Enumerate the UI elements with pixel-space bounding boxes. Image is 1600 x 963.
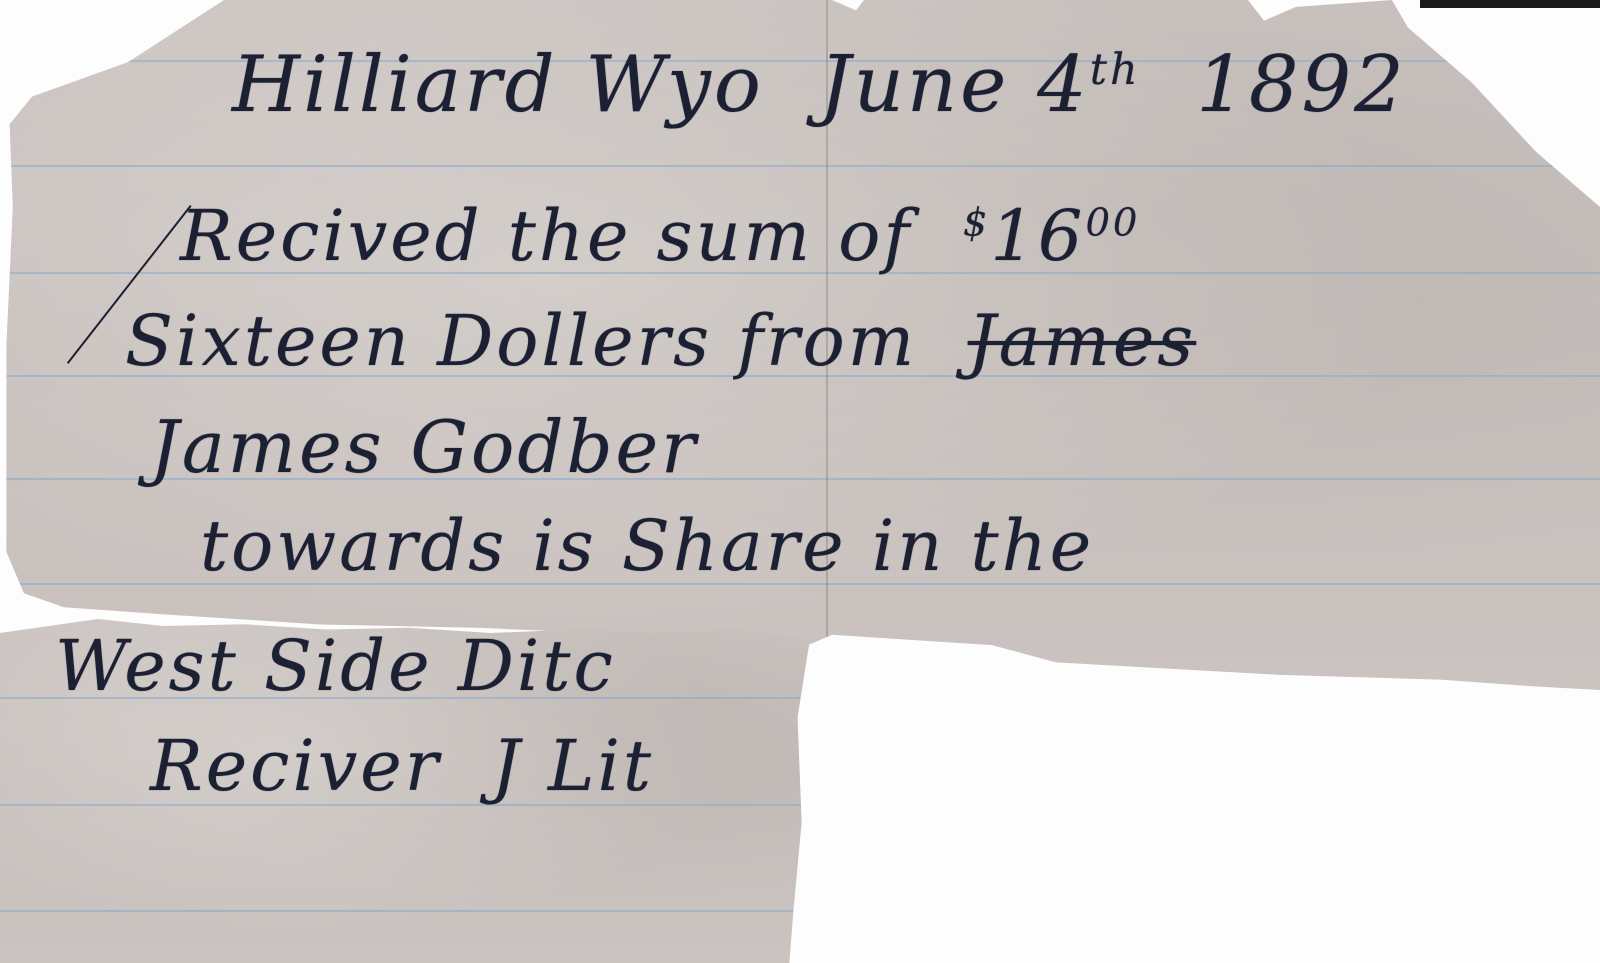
header-year: 1892: [1196, 40, 1407, 130]
header-line: Hilliard Wyo June 4th 1892: [232, 40, 1407, 130]
signature-name: J Lit: [492, 725, 654, 807]
ditch-name: West Side Ditc: [55, 625, 616, 707]
payer-name: James Godber: [150, 405, 699, 489]
header-date-suffix: th: [1090, 45, 1141, 95]
signature-line: Reciver J Lit: [150, 725, 654, 807]
purpose-text: towards is Share in the: [200, 505, 1094, 587]
document-scan: Hilliard Wyo June 4th 1892 Recived the s…: [0, 0, 1600, 963]
receipt-text: Recived the sum of: [180, 195, 912, 277]
struck-out-word: James: [968, 300, 1197, 382]
amount-value: 16: [990, 195, 1085, 277]
body-line-1: Recived the sum of $1600: [180, 195, 1140, 277]
amount-symbol: $: [963, 201, 991, 246]
body-line-4: towards is Share in the: [200, 505, 1094, 587]
amount-cents: 00: [1085, 201, 1140, 246]
body-line-5: West Side Ditc: [55, 625, 616, 707]
signature-label: Reciver: [150, 725, 441, 807]
header-place: Hilliard Wyo: [232, 40, 764, 130]
scanner-edge: [1420, 0, 1600, 8]
rule-line: [0, 165, 1600, 167]
rule-line: [0, 910, 818, 912]
header-date: June 4: [819, 40, 1089, 130]
body-line-3: James Godber: [150, 405, 699, 489]
amount-words-text: Sixteen Dollers from: [125, 300, 917, 382]
body-line-2: Sixteen Dollers from James: [125, 300, 1196, 382]
